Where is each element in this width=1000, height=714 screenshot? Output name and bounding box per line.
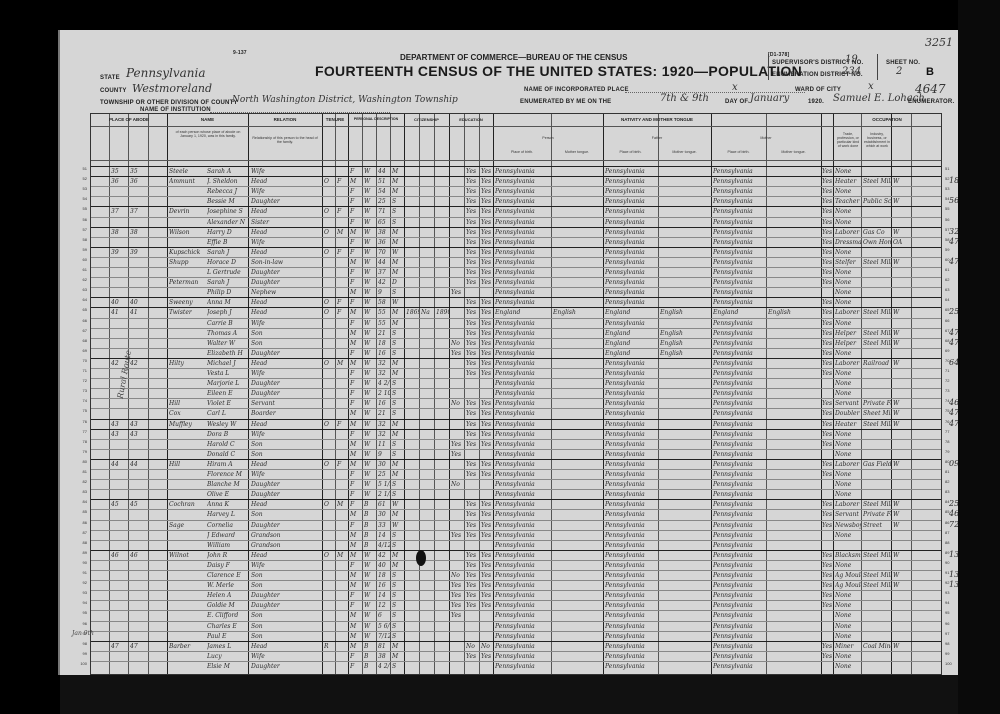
cell-school: Yes [451,441,464,448]
cell-read: Yes [466,249,479,256]
sheet-side: B [926,66,934,78]
cell-age: 55 [378,320,390,327]
cell-given: Effie B [207,239,247,246]
line-number: 93 [69,590,87,595]
group-tenure: Tenure [322,117,348,122]
cell-fbp: Pennsylvania [605,592,658,599]
cell-ftongue: English [660,340,710,347]
cell-rel: Head [251,552,321,559]
line-number: 59 [69,247,87,252]
cell-sex: F [350,219,362,226]
cell-read: Yes [466,299,479,306]
cell-fbp: Pennsylvania [605,653,658,660]
cell-sex: F [350,522,362,529]
cell-ind: Coal Mine [863,643,891,650]
cell-age: 37 [378,269,390,276]
cell-eng: Yes [822,320,833,327]
cell-given: Cornelia [207,522,247,529]
cell-bp: Pennsylvania [495,451,551,458]
incorporated-place-value: x [732,82,738,93]
cell-race: B [364,501,376,508]
cell-age: 32 [378,370,390,377]
cell-sex: M [350,309,362,316]
cell-ms: S [392,481,404,488]
cell-sex: M [350,229,362,236]
cell-fbp: Pennsylvania [605,421,658,428]
cell-write: No [481,643,494,650]
cell-age: 25 [378,471,390,478]
cell-ms: W [392,501,404,508]
cell-age: 32 [378,360,390,367]
cell-surname: Muffley [169,421,209,428]
cell-eng: Yes [822,269,833,276]
cell-ms: S [392,612,404,619]
cell-eng: Yes [822,370,833,377]
cell-sex: F [350,269,362,276]
cell-bp: Pennsylvania [495,259,551,266]
cell-mbp: Pennsylvania [713,431,766,438]
cell-read: Yes [466,279,479,286]
cell-fbp: Pennsylvania [605,289,658,296]
cell-write: Yes [481,532,494,539]
line-number: 70 [69,358,87,363]
cell-rel: Head [251,249,321,256]
cell-mbp: Pennsylvania [713,501,766,508]
cell-race: W [364,431,376,438]
cell-bp: Pennsylvania [495,481,551,488]
cell-mort: M [337,229,347,236]
cell-bp: Pennsylvania [495,380,551,387]
cell-mbp: Pennsylvania [713,188,766,195]
cell-eng: Yes [822,168,833,175]
cell-eng: Yes [822,441,833,448]
cell-ms: S [392,542,404,549]
day-of-label: day of [725,99,748,105]
cell-given: Horace D [207,259,247,266]
cell-bp: Pennsylvania [495,522,551,529]
cell-sex: M [350,612,362,619]
cell-sex: F [350,299,362,306]
cell-occ: Newsboy [835,522,861,529]
cell-fbp: Pennsylvania [605,532,658,539]
cell-bp: Pennsylvania [495,410,551,417]
cell-school: Yes [451,612,464,619]
cell-mbp: England [713,309,766,316]
cell-read: Yes [466,269,479,276]
cell-bp: Pennsylvania [495,542,551,549]
cell-school: No [451,481,464,488]
cell-eng: Yes [822,522,833,529]
cell-fbp: Pennsylvania [605,299,658,306]
cell-ind: Gas Field [863,461,891,468]
cell-dw: 37 [111,208,127,215]
cell-sex: M [350,552,362,559]
cell-mort: F [337,461,347,468]
cell-mbp: Pennsylvania [713,289,766,296]
cell-sex: F [350,471,362,478]
cell-read: Yes [466,320,479,327]
cell-bp: Pennsylvania [495,441,551,448]
cell-ms: S [392,289,404,296]
cell-bp: Pennsylvania [495,320,551,327]
cell-age: 40 [378,562,390,569]
cell-rel: Daughter [251,279,321,286]
cell-ind: Steel Mill [863,178,891,185]
cell-fbp: Pennsylvania [605,259,658,266]
cell-mbp: Pennsylvania [713,178,766,185]
form-number: 9-137 [233,50,247,56]
cell-sex: F [350,491,362,498]
cell-eng: Yes [822,572,833,579]
cell-write: Yes [481,421,494,428]
cell-ms: M [392,552,404,559]
cell-fbp: Pennsylvania [605,360,658,367]
line-number: 64 [69,297,87,302]
cell-write: Yes [481,198,494,205]
enumerated-days: 7th & 9th [660,93,709,104]
cell-bp: Pennsylvania [495,623,551,630]
cell-fbp: Pennsylvania [605,380,658,387]
cell-race: W [364,249,376,256]
cell-age: 44 [378,259,390,266]
cell-write: Yes [481,441,494,448]
cell-ms: S [392,441,404,448]
header-mother: Mother [711,136,821,140]
cell-class: W [893,643,911,650]
cell-bp: Pennsylvania [495,370,551,377]
cell-write: Yes [481,501,494,508]
cell-age: 9 [378,451,390,458]
cell-mbp: Pennsylvania [713,623,766,630]
cell-read: No [466,643,479,650]
cell-given: Anna K [207,501,247,508]
supervisor-district-value: 19 [845,54,858,65]
cell-fbp: Pennsylvania [605,208,658,215]
cell-read: Yes [466,552,479,559]
cell-ind: Street [863,522,891,529]
cell-fam: 38 [130,229,146,236]
corner-note: 4647 [915,82,946,96]
cell-fbp: Pennsylvania [605,279,658,286]
cell-read: Yes [466,461,479,468]
cell-write: Yes [481,320,494,327]
cell-bp: Pennsylvania [495,461,551,468]
cell-class: W [893,259,911,266]
cell-fam: 42 [130,360,146,367]
cell-rel: Head [251,421,321,428]
cell-mbp: Pennsylvania [713,400,766,407]
cell-read: Yes [466,582,479,589]
cell-mort: M [337,360,347,367]
cell-ms: S [392,208,404,215]
cell-rel: Son-in-law [251,259,321,266]
cell-school: Yes [451,582,464,589]
cell-write: Yes [481,471,494,478]
cell-school: No [451,400,464,407]
cell-ms: S [392,400,404,407]
cell-write: Yes [481,208,494,215]
cell-occ: Ag Moulder [835,582,861,589]
cell-school: No [451,340,464,347]
cell-own: O [324,249,334,256]
cell-mbp: Pennsylvania [713,663,766,670]
cell-rel: Head [251,178,321,185]
cell-ms: S [392,380,404,387]
cell-fbp: Pennsylvania [605,602,658,609]
cell-bp: Pennsylvania [495,431,551,438]
cell-read: Yes [466,501,479,508]
cell-sex: M [350,633,362,640]
cell-race: W [364,269,376,276]
cell-rel: Son [251,582,321,589]
cell-occ: Laborer [835,229,861,236]
cell-eng: Yes [822,279,833,286]
cell-bp: Pennsylvania [495,653,551,660]
cell-fbp: England [605,309,658,316]
cell-race: W [364,188,376,195]
cell-mtongue: English [768,309,820,316]
cell-ind: Private Family [863,400,891,407]
cell-sex: F [350,431,362,438]
cell-ms: M [392,421,404,428]
cell-write: Yes [481,229,494,236]
cell-eng: Yes [822,330,833,337]
cell-write: Yes [481,330,494,337]
cell-write: Yes [481,188,494,195]
cell-rel: Wife [251,562,321,569]
cell-mort: M [337,552,347,559]
census-title: FOURTEENTH CENSUS OF THE UNITED STATES: … [315,63,802,79]
line-number: 100 [69,661,87,666]
cell-mort: F [337,208,347,215]
cell-age: 6 [378,612,390,619]
cell-ms: S [392,592,404,599]
cell-race: W [364,198,376,205]
cell-given: E. Clifford [207,612,247,619]
line-number: 74 [69,398,87,403]
cell-eng: Yes [822,552,833,559]
cell-ms: M [392,178,404,185]
cell-mbp: Pennsylvania [713,461,766,468]
cell-race: W [364,633,376,640]
cell-mbp: Pennsylvania [713,330,766,337]
cell-mbp: Pennsylvania [713,249,766,256]
cell-given: Josephine S [207,208,247,215]
cell-given: Hiram A [207,461,247,468]
cell-age: 71 [378,208,390,215]
film-edge [958,0,1000,714]
cell-mbp: Pennsylvania [713,350,766,357]
cell-own: R [324,643,334,650]
cell-race: W [364,623,376,630]
cell-eng: Yes [822,410,833,417]
cell-class: W [893,410,911,417]
cell-bp: Pennsylvania [495,582,551,589]
cell-own: O [324,461,334,468]
cell-sex: F [350,198,362,205]
cell-dw: 40 [111,299,127,306]
cell-sex: F [350,168,362,175]
cell-surname: Wilnot [169,552,209,559]
cell-occ: Doubler [835,410,861,417]
cell-given: John R [207,552,247,559]
cell-sex: M [350,330,362,337]
cell-school: Yes [451,451,464,458]
cell-race: W [364,360,376,367]
cell-class: W [893,511,911,518]
cell-rel: Head [251,299,321,306]
cell-ms: W [392,299,404,306]
cell-ms: M [392,643,404,650]
cell-write: Yes [481,602,494,609]
cell-bp: Pennsylvania [495,471,551,478]
header-mother-tongue: Mother tongue. [766,150,821,154]
cell-eng: Yes [822,511,833,518]
cell-rel: Son [251,340,321,347]
cell-class: W [893,309,911,316]
cell-race: W [364,461,376,468]
cell-race: W [364,340,376,347]
cell-occ: Laborer [835,360,861,367]
cell-given: Charles E [207,623,247,630]
cell-sex: F [350,380,362,387]
cell-mbp: Pennsylvania [713,511,766,518]
line-number: 81 [69,469,87,474]
ward-value: x [868,81,874,92]
cell-read: Yes [466,400,479,407]
cell-bp: Pennsylvania [495,501,551,508]
cell-write: Yes [481,178,494,185]
cell-race: W [364,208,376,215]
cell-age: 36 [378,239,390,246]
cell-ind: Public School [863,198,891,205]
cell-sex: F [350,239,362,246]
cell-rel: Wife [251,239,321,246]
cell-eng: Yes [822,299,833,306]
cell-bp: Pennsylvania [495,289,551,296]
cell-read: Yes [466,431,479,438]
cell-ms: S [392,602,404,609]
cell-school: Yes [451,532,464,539]
cell-occ: Servant [835,511,861,518]
cell-write: Yes [481,431,494,438]
cell-school: Yes [451,592,464,599]
state-label: State [100,75,120,81]
cell-fbp: Pennsylvania [605,178,658,185]
cell-surname: Kupschick [169,249,209,256]
cell-read: Yes [466,370,479,377]
cell-rel: Son [251,330,321,337]
cell-occ: None [835,279,861,286]
cell-read: Yes [466,350,479,357]
cell-race: B [364,511,376,518]
cell-mbp: Pennsylvania [713,370,766,377]
cell-occ: None [835,431,861,438]
cell-school: Yes [451,289,464,296]
cell-rel: Head [251,208,321,215]
cell-read: Yes [466,522,479,529]
cell-occ: Laborer [835,501,861,508]
cell-surname: Peterman [169,279,209,286]
cell-own: O [324,299,334,306]
cell-mbp: Pennsylvania [713,491,766,498]
cell-sex: M [350,410,362,417]
cell-bp: Pennsylvania [495,198,551,205]
cell-fbp: Pennsylvania [605,501,658,508]
cell-occ: None [835,653,861,660]
cell-given: Sarah J [207,249,247,256]
cell-given: Thomas A [207,330,247,337]
county-value: Westmoreland [132,82,212,95]
cell-sex: F [350,602,362,609]
cell-fbp: Pennsylvania [605,612,658,619]
cell-read: Yes [466,178,479,185]
cell-mbp: Pennsylvania [713,299,766,306]
cell-surname: Cox [169,410,209,417]
cell-race: W [364,279,376,286]
line-number: 69 [69,348,87,353]
cell-eng: Yes [822,471,833,478]
cell-race: B [364,542,376,549]
cell-sex: M [350,623,362,630]
cell-given: Michael J [207,360,247,367]
cell-read: Yes [466,239,479,246]
cell-bp: Pennsylvania [495,572,551,579]
cell-fam: 36 [130,178,146,185]
cell-ms: M [392,461,404,468]
cell-surname: Sweeny [169,299,209,306]
cell-race: W [364,380,376,387]
line-number: 87 [69,530,87,535]
line-number: 94 [69,600,87,605]
cell-ms: S [392,410,404,417]
cell-occ: None [835,269,861,276]
cell-occ: None [835,451,861,458]
line-number: 67 [69,328,87,333]
cell-mort: F [337,299,347,306]
cell-fam: 39 [130,249,146,256]
cell-mbp: Pennsylvania [713,168,766,175]
cell-dw: 44 [111,461,127,468]
cell-age: 16 [378,582,390,589]
cell-ms: S [392,340,404,347]
cell-occ: Laborer [835,309,861,316]
cell-class: W [893,501,911,508]
cell-fbp: Pennsylvania [605,481,658,488]
line-number: 99 [69,651,87,656]
cell-eng: Yes [822,208,833,215]
cell-age: 81 [378,643,390,650]
cell-given: Vesta L [207,370,247,377]
cell-bp: Pennsylvania [495,340,551,347]
cell-mbp: Pennsylvania [713,562,766,569]
cell-bp: Pennsylvania [495,602,551,609]
cell-write: Yes [481,219,494,226]
cell-given: Joseph J [207,309,247,316]
cell-race: W [364,400,376,407]
county-label: County [100,88,127,94]
cell-occ: None [835,623,861,630]
cell-fbp: Pennsylvania [605,239,658,246]
cell-age: 5 1/2 [378,481,390,488]
line-number: 73 [69,388,87,393]
cell-ms: W [392,522,404,529]
cell-own: O [324,552,334,559]
cell-dw: 43 [111,431,127,438]
cell-given: Marjorie L [207,380,247,387]
line-number: 76 [69,419,87,424]
cell-given: Wesley W [207,421,247,428]
